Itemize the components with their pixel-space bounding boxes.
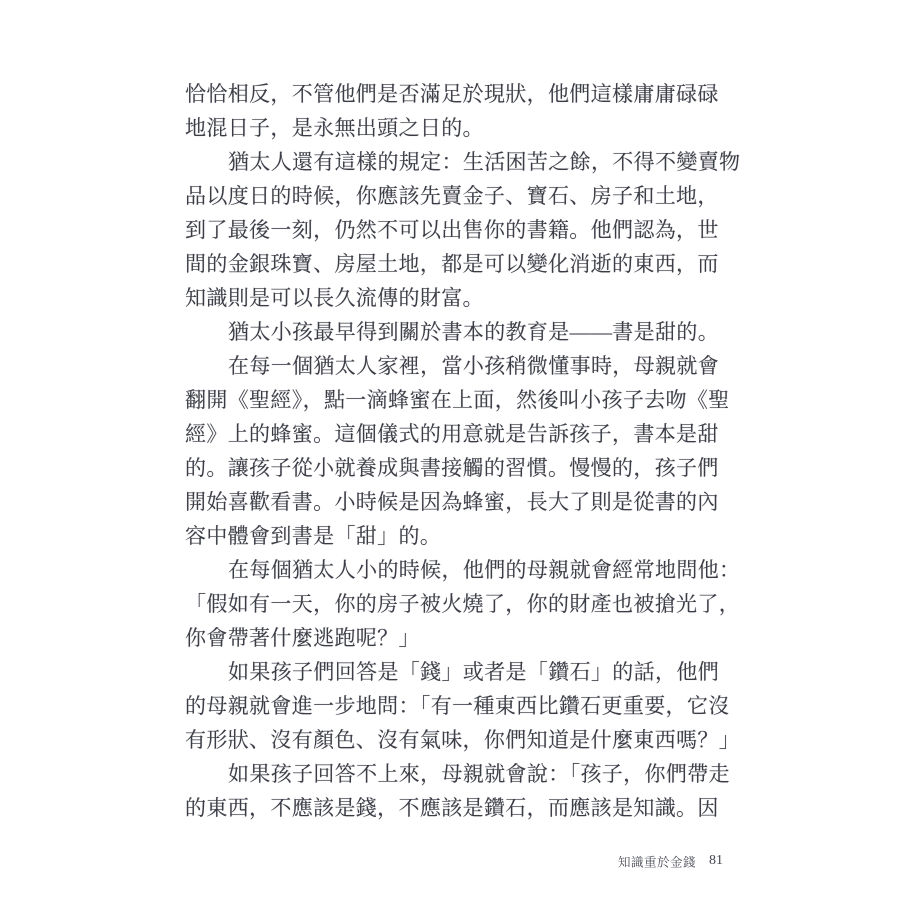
text-line: 有形狀、沒有顏色、沒有氣味，你們知道是什麼東西嗎？」 <box>185 723 723 757</box>
text-line: 經》上的蜂蜜。這個儀式的用意就是告訴孩子，書本是甜 <box>185 417 723 451</box>
text-line: 在每個猶太人小的時候，他們的母親就會經常地問他： <box>185 553 723 587</box>
text-line: 在每一個猶太人家裡，當小孩稍微懂事時，母親就會 <box>185 349 723 383</box>
text-line: 「假如有一天，你的房子被火燒了，你的財產也被搶光了， <box>185 587 723 621</box>
text-line: 的。讓孩子從小就養成與書接觸的習慣。慢慢的，孩子們 <box>185 451 723 485</box>
running-title: 知識重於金錢 <box>618 855 696 869</box>
text-line: 品以度日的時候，你應該先賣金子、寶石、房子和土地， <box>185 179 723 213</box>
text-line: 你會帶著什麼逃跑呢？」 <box>185 621 723 655</box>
book-page-scan: 恰恰相反，不管他們是否滿足於現狀，他們這樣庸庸碌碌地混日子，是永無出頭之日的。猶… <box>0 0 900 900</box>
text-line: 猶太人還有這樣的規定：生活困苦之餘，不得不變賣物 <box>185 145 723 179</box>
text-line: 知識則是可以長久流傳的財富。 <box>185 281 723 315</box>
text-line: 地混日子，是永無出頭之日的。 <box>185 111 723 145</box>
page-footer: 知識重於金錢81 <box>185 852 723 870</box>
text-line: 開始喜歡看書。小時候是因為蜂蜜，長大了則是從書的內 <box>185 485 723 519</box>
text-line: 容中體會到書是「甜」的。 <box>185 519 723 553</box>
page-number: 81 <box>709 853 723 868</box>
text-line: 猶太小孩最早得到關於書本的教育是——書是甜的。 <box>185 315 723 349</box>
text-line: 如果孩子們回答是「錢」或者是「鑽石」的話，他們 <box>185 655 723 689</box>
text-line: 間的金銀珠寶、房屋土地，都是可以變化消逝的東西，而 <box>185 247 723 281</box>
text-line: 如果孩子回答不上來，母親就會說：「孩子，你們帶走 <box>185 757 723 791</box>
text-line: 恰恰相反，不管他們是否滿足於現狀，他們這樣庸庸碌碌 <box>185 77 723 111</box>
text-line: 翻開《聖經》，點一滴蜂蜜在上面，然後叫小孩子去吻《聖 <box>185 383 723 417</box>
text-line: 的母親就會進一步地問：「有一種東西比鑽石更重要，它沒 <box>185 689 723 723</box>
text-line: 的東西，不應該是錢，不應該是鑽石，而應該是知識。因 <box>185 791 723 825</box>
body-text-block: 恰恰相反，不管他們是否滿足於現狀，他們這樣庸庸碌碌地混日子，是永無出頭之日的。猶… <box>185 77 723 825</box>
text-line: 到了最後一刻，仍然不可以出售你的書籍。他們認為，世 <box>185 213 723 247</box>
